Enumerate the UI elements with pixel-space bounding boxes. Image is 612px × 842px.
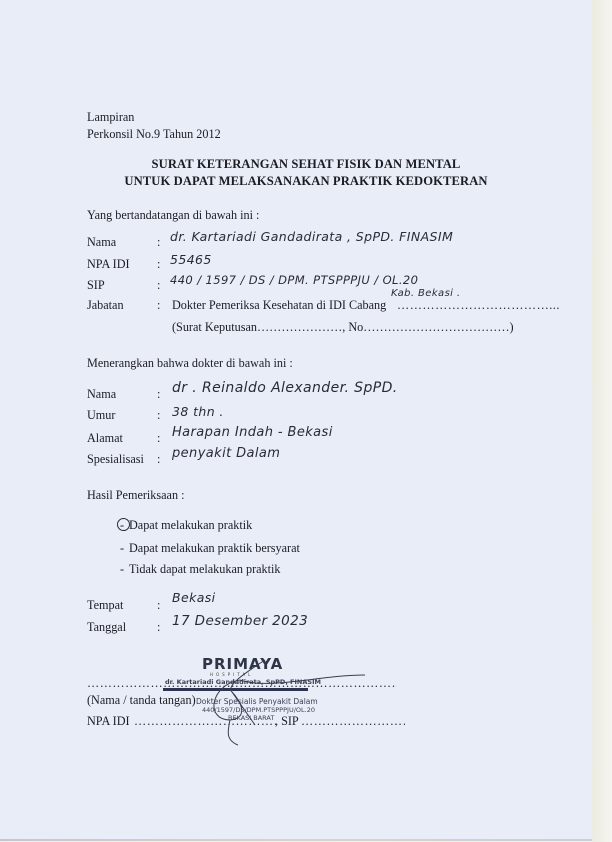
document-title-line2: UNTUK DAPAT MELAKSANAKAN PRAKTIK KEDOKTE… xyxy=(0,174,612,189)
place-value: Bekasi xyxy=(172,590,216,605)
signatory-sip-label: SIP xyxy=(87,278,105,293)
decree-line: (Surat Keputusan…………………, No………………………………) xyxy=(172,320,514,335)
results-heading: Hasil Pemeriksaan : xyxy=(87,488,184,503)
result-option-conditional: Dapat melakukan praktik bersyarat xyxy=(129,541,300,556)
signatory-position-label: Jabatan xyxy=(87,298,124,313)
signatory-sip-value: 440 / 1597 / DS / DPM. PTSPPPJU / OL.20 xyxy=(170,273,418,287)
colon: : xyxy=(157,452,160,467)
colon: : xyxy=(157,431,160,446)
signatory-npa-value: 55465 xyxy=(170,252,212,267)
subject-specialty-value: penyakit Dalam xyxy=(172,446,280,461)
subject-specialty-label: Spesialisasi xyxy=(87,452,144,467)
signatory-position-value: Dokter Pemeriksa Kesehatan di IDI Cabang xyxy=(172,298,386,313)
subject-age-value: 38 thn . xyxy=(172,404,224,419)
subject-age-label: Umur xyxy=(87,408,115,423)
date-value: 17 Desember 2023 xyxy=(172,613,308,629)
colon: : xyxy=(157,298,160,313)
colon: : xyxy=(157,408,160,423)
date-label: Tanggal xyxy=(87,620,126,635)
result-option-unfit: Tidak dapat melakukan praktik xyxy=(129,562,281,577)
npa-footer-label: NPA IDI xyxy=(87,714,130,729)
colon: : xyxy=(157,598,160,613)
scan-bottom-edge xyxy=(0,839,592,841)
subject-address-label: Alamat xyxy=(87,431,123,446)
subject-name-label: Nama xyxy=(87,387,116,402)
colon: : xyxy=(157,620,160,635)
document-title-line1: SURAT KETERANGAN SEHAT FISIK DAN MENTAL xyxy=(0,157,612,172)
colon: : xyxy=(157,278,160,293)
result-option-bullet: - xyxy=(120,541,124,556)
regulation-reference: Perkonsil No.9 Tahun 2012 xyxy=(87,127,221,142)
signature-scribble xyxy=(170,650,370,750)
place-label: Tempat xyxy=(87,598,123,613)
result-option-bullet: - xyxy=(120,562,124,577)
colon: : xyxy=(157,235,160,250)
subject-address-value: Harapan Indah - Bekasi xyxy=(172,425,333,440)
colon: : xyxy=(157,387,160,402)
position-dots: ………………………………... xyxy=(397,298,560,313)
signatory-intro: Yang bertandatangan di bawah ini : xyxy=(87,208,259,223)
result-option-bullet: - xyxy=(120,518,124,533)
subject-intro: Menerangkan bahwa dokter di bawah ini : xyxy=(87,356,293,371)
signatory-npa-label: NPA IDI xyxy=(87,257,130,272)
position-handwritten-location: Kab. Bekasi . xyxy=(391,288,461,299)
scan-edge xyxy=(592,0,612,842)
signatory-name-label: Nama xyxy=(87,235,116,250)
signatory-name-value: dr. Kartariadi Gandadirata , SpPD. FINAS… xyxy=(170,229,453,244)
result-option-fit: Dapat melakukan praktik xyxy=(129,518,252,533)
subject-name-value: dr . Reinaldo Alexander. SpPD. xyxy=(172,380,398,396)
colon: : xyxy=(157,257,160,272)
attachment-label: Lampiran xyxy=(87,110,134,125)
